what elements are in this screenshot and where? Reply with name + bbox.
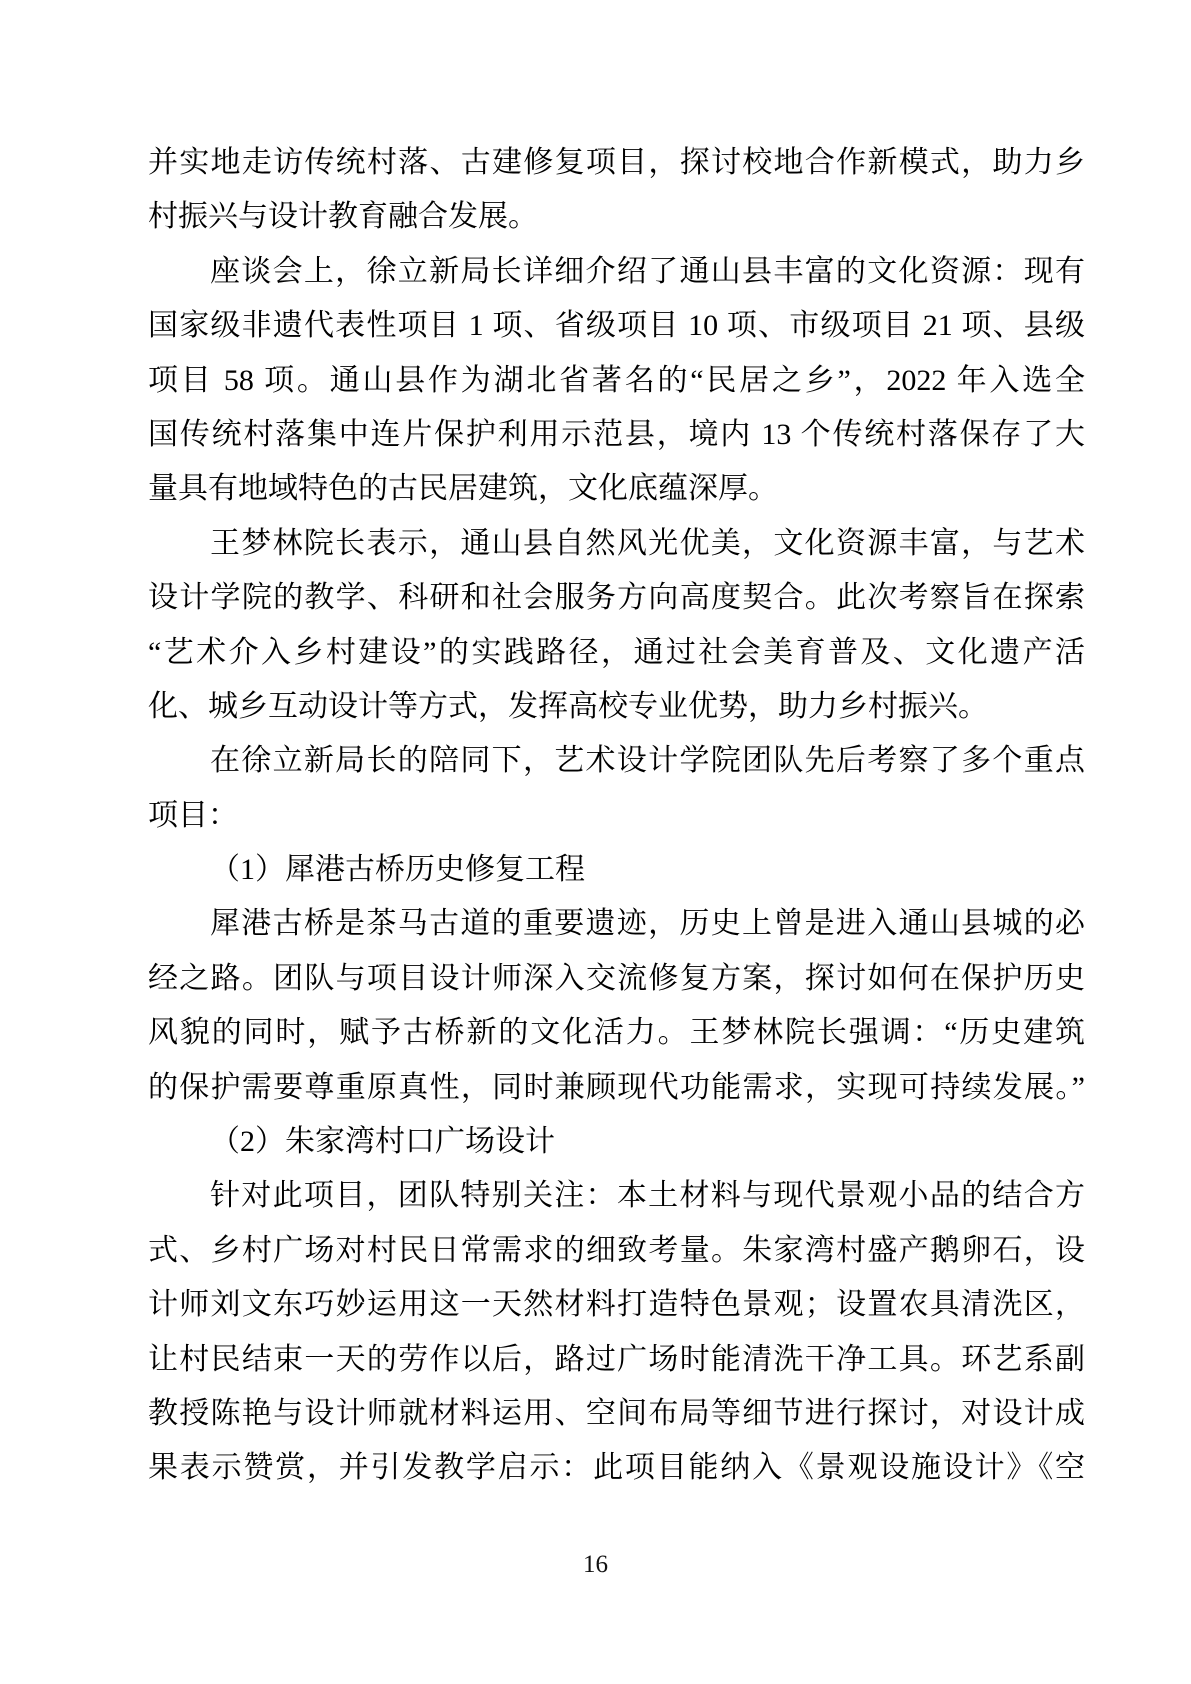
doc-line: 化、城乡互动设计等方式，发挥高校专业优势，助力乡村振兴。	[148, 680, 1085, 734]
doc-line: 座谈会上，徐立新局长详细介绍了通山县丰富的文化资源：现有	[148, 245, 1085, 299]
doc-line: 项目 58 项。通山县作为湖北省著名的“民居之乡”，2022 年入选全	[148, 354, 1085, 408]
document-page: 并实地走访传统村落、古建修复项目，探讨校地合作新模式，助力乡 村振兴与设计教育融…	[0, 0, 1191, 1684]
doc-line: 量具有地域特色的古民居建筑，文化底蕴深厚。	[148, 462, 1085, 516]
doc-line: 国家级非遗代表性项目 1 项、省级项目 10 项、市级项目 21 项、县级	[148, 299, 1085, 353]
doc-line: 国传统村落集中连片保护利用示范县，境内 13 个传统村落保存了大	[148, 408, 1085, 462]
doc-line: 村振兴与设计教育融合发展。	[148, 190, 1085, 244]
doc-line: 让村民结束一天的劳作以后，路过广场时能清洗干净工具。环艺系副	[148, 1333, 1085, 1387]
doc-line: 针对此项目，团队特别关注：本土材料与现代景观小品的结合方	[148, 1169, 1085, 1223]
document-body: 并实地走访传统村落、古建修复项目，探讨校地合作新模式，助力乡 村振兴与设计教育融…	[148, 136, 1085, 1496]
doc-line: 计师刘文东巧妙运用这一天然材料打造特色景观；设置农具清洗区，	[148, 1278, 1085, 1332]
doc-line: 王梦林院长表示，通山县自然风光优美，文化资源丰富，与艺术	[148, 517, 1085, 571]
doc-line: 在徐立新局长的陪同下，艺术设计学院团队先后考察了多个重点	[148, 734, 1085, 788]
doc-line: 风貌的同时，赋予古桥新的文化活力。王梦林院长强调：“历史建筑	[148, 1006, 1085, 1060]
doc-line: 式、乡村广场对村民日常需求的细致考量。朱家湾村盛产鹅卵石，设	[148, 1224, 1085, 1278]
doc-line: 犀港古桥是茶马古道的重要遗迹，历史上曾是进入通山县城的必	[148, 897, 1085, 951]
doc-line: “艺术介入乡村建设”的实践路径，通过社会美育普及、文化遗产活	[148, 626, 1085, 680]
doc-section-heading: （2）朱家湾村口广场设计	[148, 1115, 1085, 1169]
doc-line: 经之路。团队与项目设计师深入交流修复方案，探讨如何在保护历史	[148, 952, 1085, 1006]
doc-line: 并实地走访传统村落、古建修复项目，探讨校地合作新模式，助力乡	[148, 136, 1085, 190]
doc-line: 果表示赞赏，并引发教学启示：此项目能纳入《景观设施设计》《空	[148, 1441, 1085, 1495]
doc-line: 设计学院的教学、科研和社会服务方向高度契合。此次考察旨在探索	[148, 571, 1085, 625]
doc-line: 的保护需要尊重原真性，同时兼顾现代功能需求，实现可持续发展。”	[148, 1061, 1085, 1115]
page-number: 16	[0, 1551, 1191, 1579]
doc-line: 项目：	[148, 789, 1085, 843]
doc-line: 教授陈艳与设计师就材料运用、空间布局等细节进行探讨，对设计成	[148, 1387, 1085, 1441]
doc-section-heading: （1）犀港古桥历史修复工程	[148, 843, 1085, 897]
